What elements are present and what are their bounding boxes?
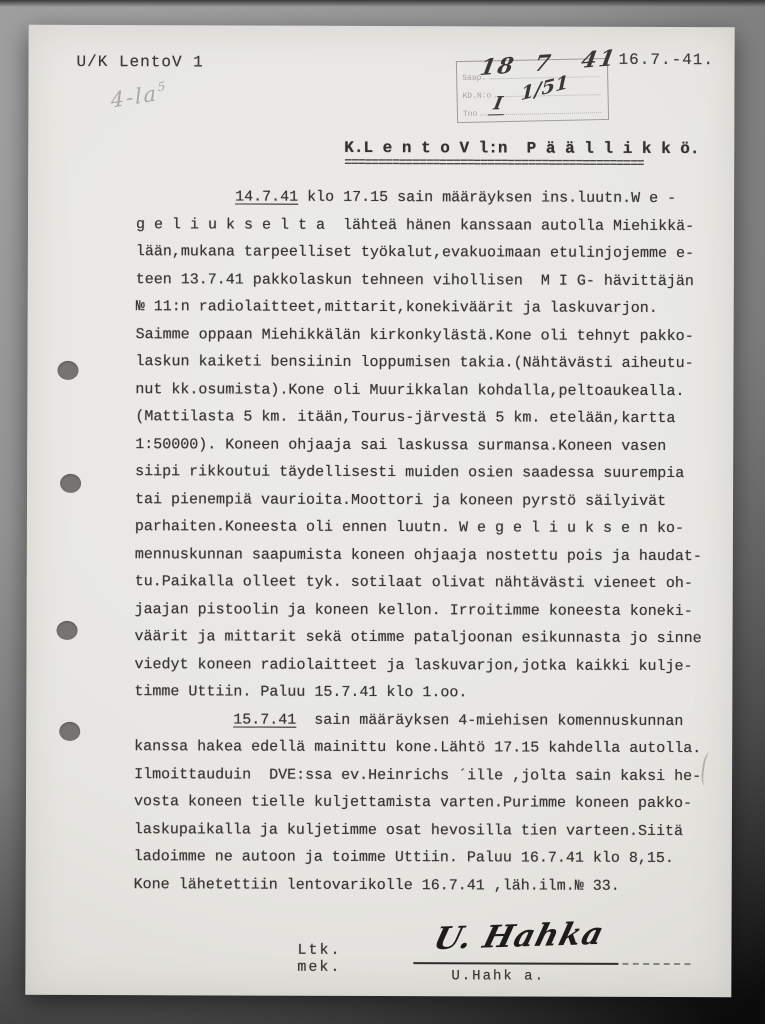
stamp-label-tno: Tno — [463, 110, 478, 119]
typed-line: teen 13.7.41 pakkolaskun tehneen viholli… — [136, 266, 722, 296]
pencil-note-text: 4-la — [110, 81, 158, 112]
lead-line-text: sain määräyksen 4-miehisen komennuskunna… — [296, 711, 683, 729]
paragraph-lead-line: 15.7.41 sain määräyksen 4-miehisen komen… — [134, 706, 720, 736]
punch-hole — [57, 621, 78, 640]
typed-line: jaajan pistoolin ja koneen kellon. Irroi… — [135, 596, 721, 626]
signature-line-tail — [622, 963, 690, 965]
typed-line: tai pienempiä vaurioita.Moottori ja kone… — [135, 486, 721, 516]
addressee-title-block: K.L e n t o V l:n P ä ä l l i k k ö. ===… — [344, 139, 716, 168]
typed-line: Kone lähetettiin lentovarikolle 16.7.41 … — [134, 871, 720, 901]
title-underline: ========================================… — [344, 159, 716, 168]
typed-line: mennuskunnan saapumista koneen ohjaaja n… — [135, 541, 721, 571]
document-page: U/K LentoV 1 4-la5 Saap. KD.N:o Tno 18 7… — [25, 25, 734, 997]
pencil-note-superscript: 5 — [157, 79, 167, 95]
photo-background: U/K LentoV 1 4-la5 Saap. KD.N:o Tno 18 7… — [0, 0, 765, 1024]
typed-line: Saimme oppaan Miehikkälän kirkonkylästä.… — [136, 321, 722, 351]
typed-line: laskun kaiketi bensiinin loppumisen taki… — [135, 348, 721, 378]
typed-line: tu.Paikalla olleet tyk. sotilaat olivat … — [135, 568, 721, 598]
typed-line: laskupaikalla ja kuljetimme osat hevosil… — [134, 816, 720, 846]
report-body: 14.7.41 klo 17.15 sain määräyksen ins.lu… — [134, 183, 722, 900]
typed-line: viedyt koneen radiolaitteet ja laskuvarj… — [134, 651, 720, 681]
signature-line — [413, 962, 618, 965]
paragraph-2-lines: kanssa hakea edellä mainittu kone.Lähtö … — [134, 733, 721, 900]
punch-hole — [57, 361, 78, 380]
typed-line: timme Uttiin. Paluu 15.7.41 klo 1.oo. — [134, 678, 720, 708]
lead-line-text: klo 17.15 sain määräyksen ins.luutn.W e … — [298, 189, 676, 207]
typed-line: 1:50000). Koneen ohjaaja sai laskussa su… — [135, 431, 721, 461]
document-reference: U/K LentoV 1 — [77, 53, 204, 71]
signature-rank-prefix: Ltk. mek. — [297, 942, 341, 976]
typed-line: Ilmoittauduin DVE:ssa ev.Heinrichs ´ille… — [134, 761, 720, 791]
typed-signature-name: U.Hahk a. — [451, 968, 545, 984]
typed-line: (Mattilasta 5 km. itään,Tourus-järvestä … — [135, 403, 721, 433]
handwritten-signature: U. Hahka — [430, 916, 608, 957]
paragraph-lead-line: 14.7.41 klo 17.15 sain määräyksen ins.lu… — [136, 183, 722, 213]
pencil-annotation: 4-la5 — [110, 79, 168, 113]
typed-line: siipi rikkoutui täydellisesti muiden osi… — [135, 458, 721, 488]
typed-line: vosta koneen tielle kuljettamista varten… — [134, 788, 720, 818]
typed-line: ladoimme ne autoon ja toimme Uttiin. Pal… — [134, 843, 720, 873]
typed-line: väärit ja mittarit sekä otimme pataljoon… — [135, 623, 721, 653]
typed-line: kanssa hakea edellä mainittu kone.Lähtö … — [134, 733, 720, 763]
arrival-stamp: Saap. KD.N:o Tno 18 7 41 1/51 I — [456, 58, 609, 123]
punch-hole — [60, 474, 81, 493]
typed-line: № 11:n radiolaitteet,mittarit,konekiväär… — [136, 293, 722, 323]
typed-line: parhaiten.Koneesta oli ennen luutn. W e … — [135, 513, 721, 543]
paragraph-1-lines: g e l i u k s e l t a lähteä hänen kanss… — [134, 211, 722, 708]
underlined-date: 15.7.41 — [233, 711, 296, 728]
typed-date: 16.7.-41. — [619, 51, 714, 69]
underlined-date: 14.7.41 — [235, 188, 298, 205]
addressee-title: K.L e n t o V l:n P ä ä l l i k k ö. — [344, 139, 716, 158]
punch-hole — [59, 722, 80, 741]
typed-line: nut kk.osumista).Kone oli Muurikkalan ko… — [135, 376, 721, 406]
typed-line: g e l i u k s e l t a lähteä hänen kanss… — [136, 211, 722, 241]
typed-line: lään,mukana tarpeelliset työkalut,evakuo… — [136, 238, 722, 268]
